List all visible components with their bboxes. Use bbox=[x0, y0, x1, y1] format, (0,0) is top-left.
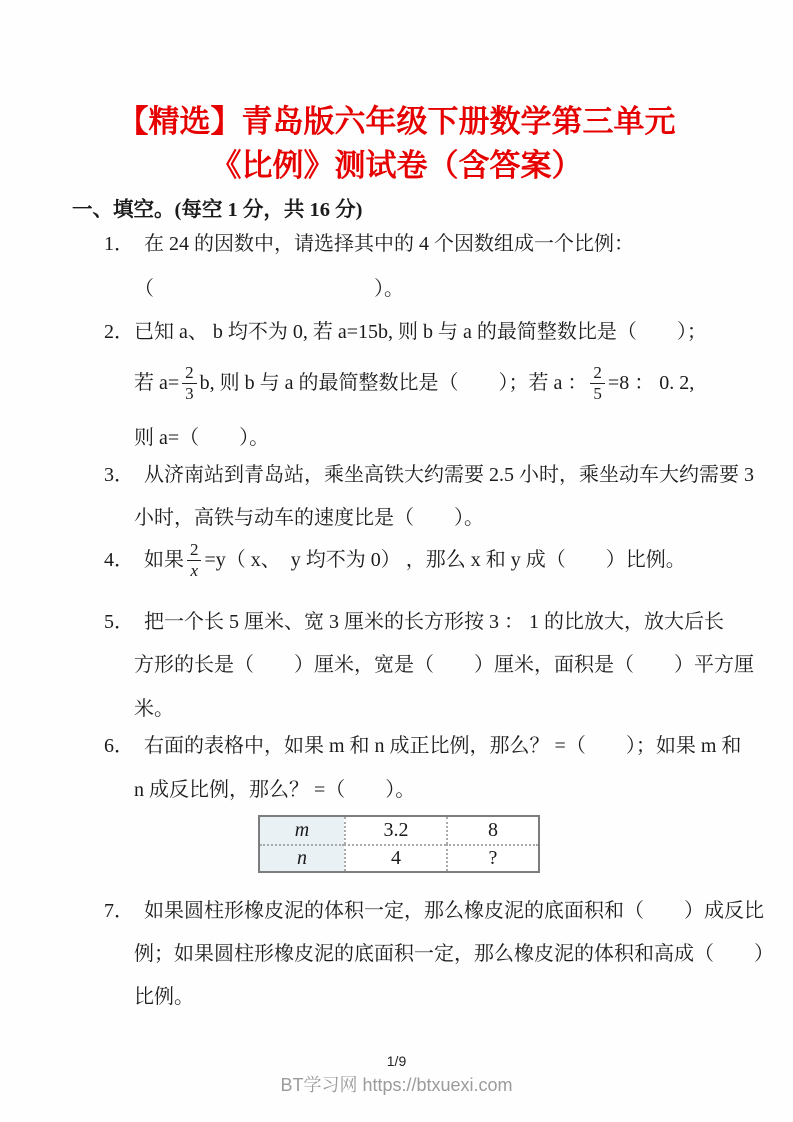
question-7-line-1: 7． 如果圆柱形橡皮泥的体积一定，那么橡皮泥的底面积和（ ）成反比 bbox=[104, 896, 764, 926]
footer-watermark-link[interactable]: BT学习网 https://btxuexi.com bbox=[0, 1071, 793, 1097]
table-cell-n-label: n bbox=[260, 844, 344, 871]
question-6-line-1: 6． 右面的表格中，如果 m 和 n 成正比例，那么？ =（ ）；如果 m 和 bbox=[104, 731, 741, 761]
question-2-line-2-text-c: =8 ： 0. 2, bbox=[608, 368, 694, 398]
question-5-line-3: 米。 bbox=[134, 694, 174, 724]
test-paper-page: 【精选】青岛版六年级下册数学第三单元 《比例》测试卷（含答案） 一、填空。(每空… bbox=[0, 0, 793, 1122]
question-2-line-2: 若 a= 2 3 b, 则 b 与 a 的最简整数比是（ ）；若 a ： 2 5… bbox=[134, 356, 694, 410]
question-4-line-1: 4． 如果 2 x =y（ x、 y 均不为 0） ，那么 x 和 y 成（ ）… bbox=[104, 533, 686, 587]
question-6-line-2: n 成反比例，那么？ =（ ）。 bbox=[134, 775, 415, 805]
fraction-two-fifths: 2 5 bbox=[590, 363, 605, 403]
doc-title-line-2: 《比例》测试卷（含答案） bbox=[0, 140, 793, 185]
page-number: 1/9 bbox=[0, 1053, 793, 1069]
question-2-line-2-text-a: 若 a= bbox=[134, 368, 179, 398]
question-2-line-3: 则 a=（ ）。 bbox=[134, 423, 269, 453]
table-cell-n-value-2: ? bbox=[446, 844, 538, 871]
question-1-line-2: （ ）。 bbox=[134, 274, 404, 304]
question-2-line-1: 2．已知 a、 b 均不为 0, 若 a=15b, 则 b 与 a 的最简整数比… bbox=[104, 317, 707, 347]
table-cell-m-label: m bbox=[260, 817, 344, 844]
table-cell-n-value-1: 4 bbox=[344, 844, 446, 871]
fraction-two-thirds: 2 3 bbox=[182, 363, 197, 403]
question-2-line-2-text-b: b, 则 b 与 a 的最简整数比是（ ）；若 a ： bbox=[200, 368, 588, 398]
question-7-line-2: 例；如果圆柱形橡皮泥的底面积一定，那么橡皮泥的体积和高成（ ） bbox=[134, 939, 774, 969]
question-4-text-b: =y（ x、 y 均不为 0） ，那么 x 和 y 成（ ）比例。 bbox=[205, 545, 686, 575]
table-cell-m-value-2: 8 bbox=[446, 817, 538, 844]
question-5-line-1: 5． 把一个长 5 厘米、宽 3 厘米的长方形按 3 ： 1 的比放大，放大后长 bbox=[104, 607, 724, 637]
question-1-line-1: 1． 在 24 的因数中，请选择其中的 4 个因数组成一个比例： bbox=[104, 229, 634, 259]
fraction-two-over-x: 2 x bbox=[187, 540, 202, 580]
section-heading-fill-in-blanks: 一、填空。(每空 1 分，共 16 分) bbox=[72, 192, 362, 222]
proportion-data-table: m 3.2 8 n 4 ? bbox=[258, 815, 540, 873]
question-4-text-a: 4． 如果 bbox=[104, 545, 184, 575]
question-5-line-2: 方形的长是（ ）厘米，宽是（ ）厘米，面积是（ ）平方厘 bbox=[134, 650, 754, 680]
question-3-line-1: 3． 从济南站到青岛站，乘坐高铁大约需要 2.5 小时，乘坐动车大约需要 3 bbox=[104, 460, 754, 490]
question-3-line-2: 小时，高铁与动车的速度比是（ ）。 bbox=[134, 503, 484, 533]
question-7-line-3: 比例。 bbox=[134, 982, 194, 1012]
table-cell-m-value-1: 3.2 bbox=[344, 817, 446, 844]
doc-title-line-1: 【精选】青岛版六年级下册数学第三单元 bbox=[0, 96, 793, 141]
